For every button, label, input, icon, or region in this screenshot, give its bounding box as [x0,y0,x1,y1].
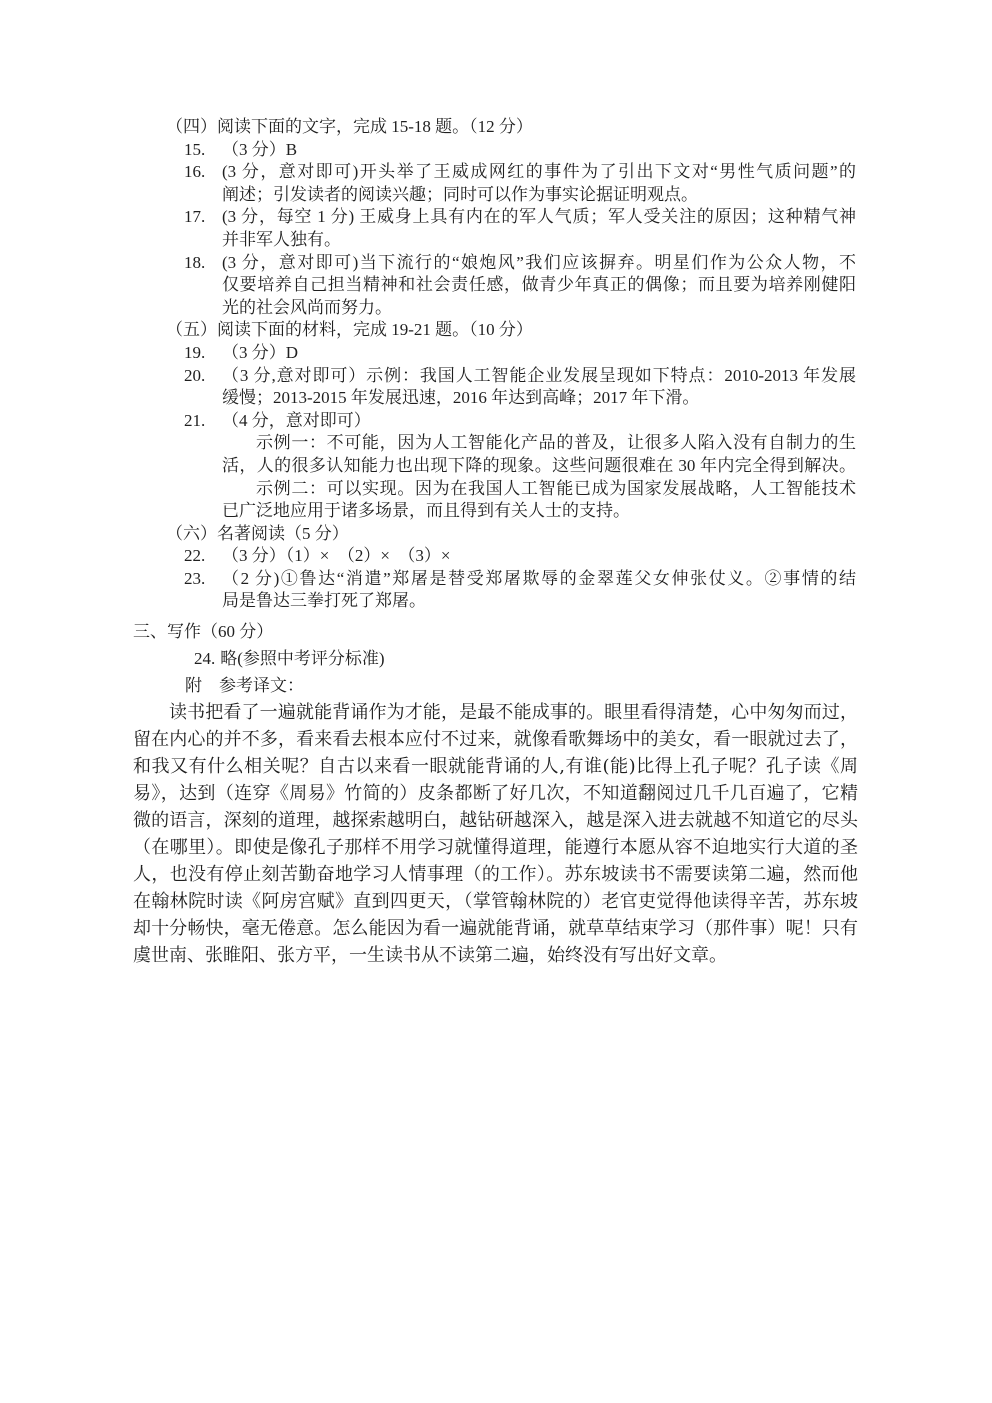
answer-line: （3 分）B [222,139,856,162]
answer-line: (3 分，意对即可)开头举了王威成网红的事件为了引出下文对“男性气质问题”的 [222,161,856,184]
answer-item-15: 15. （3 分）B [184,139,992,162]
translation-line: 却十分畅快，毫无倦意。怎么能因为看一遍就能背诵，就草草结束学习（那件事）呢！只有 [133,915,858,942]
section-6-header: （六）名著阅读（5 分） [166,523,992,546]
answer-line: 阐述；引发读者的阅读兴趣；同时可以作为事实论据证明观点。 [222,184,856,207]
answer-item-16: 16. (3 分，意对即可)开头举了王威成网红的事件为了引出下文对“男性气质问题… [184,161,992,206]
translation-line: 和我又有什么相关呢？自古以来看一眼就能背诵的人,有谁(能)比得上孔子呢？孔子读《… [133,753,858,780]
answer-item-19: 19. （3 分）D [184,342,992,365]
answer-text: （2 分)①鲁达“消遣”郑屠是替受郑屠欺辱的金翠莲父女伸张仗义。②事情的结 局是… [222,568,856,613]
example-line: 已广泛地应用于诸多场景，而且得到有关人士的支持。 [222,500,856,523]
item-number: 23. [184,568,222,613]
answer-text: （3 分）（1）× （2）× （3）× [222,545,856,568]
translation-line: 人，也没有停止刻苦勤奋地学习人情事理（的工作）。苏东坡读书不需要读第二遍，然而他 [133,861,858,888]
answer-line: （3 分）（1）× （2）× （3）× [222,545,856,568]
appendix-label: 附 参考译文： [185,672,992,699]
answer-line: (3 分，每空 1 分) 王威身上具有内在的军人气质；军人受关注的原因；这种精气… [222,206,856,229]
answer-line: （4 分，意对即可） [222,410,856,433]
answer-item-17: 17. (3 分，每空 1 分) 王威身上具有内在的军人气质；军人受关注的原因；… [184,206,992,251]
translation-line: 易》，达到（连穿《周易》竹简的）皮条都断了好几次，不知道翻阅过几千几百遍了，它精 [133,780,858,807]
answer-key-page: （四）阅读下面的文字，完成 15-18 题。（12 分） 15. （3 分）B … [0,0,992,1403]
answer-text: (3 分，每空 1 分) 王威身上具有内在的军人气质；军人受关注的原因；这种精气… [222,206,856,251]
answer-item-23: 23. （2 分)①鲁达“消遣”郑屠是替受郑屠欺辱的金翠莲父女伸张仗义。②事情的… [184,568,992,613]
answer-line: （3 分）D [222,342,856,365]
answer-line: (3 分，意对即可)当下流行的“娘炮风”我们应该摒弃。明星们作为公众人物，不 [222,252,856,275]
answer-line: 仅要培养自己担当精神和社会责任感，做青少年真正的偶像；而且要为培养刚健阳 [222,274,856,297]
example-line: 示例一：不可能，因为人工智能化产品的普及，让很多人陷入没有自制力的生 [222,432,856,455]
writing-section-header: 三、写作（60 分） [133,618,992,645]
answer-text: （3 分）B [222,139,856,162]
item-number: 20. [184,365,222,410]
answer-item-21: 21. （4 分，意对即可） 示例一：不可能，因为人工智能化产品的普及，让很多人… [184,410,992,523]
answer-line: （3 分,意对即可）示例：我国人工智能企业发展呈现如下特点：2010-2013 … [222,365,856,388]
answer-text: （4 分，意对即可） 示例一：不可能，因为人工智能化产品的普及，让很多人陷入没有… [222,410,856,523]
answer-line: （2 分)①鲁达“消遣”郑屠是替受郑屠欺辱的金翠莲父女伸张仗义。②事情的结 [222,568,856,591]
translation-line: （在哪里）。即使是像孔子那样不用学习就懂得道理，能遵行本愿从容不迫地实行大道的圣 [133,834,858,861]
answer-item-20: 20. （3 分,意对即可）示例：我国人工智能企业发展呈现如下特点：2010-2… [184,365,992,410]
translation-line: 读书把看了一遍就能背诵作为才能，是最不能成事的。眼里看得清楚，心中匆匆而过， [133,699,858,726]
answer-item-22: 22. （3 分）（1）× （2）× （3）× [184,545,992,568]
answer-line: 略(参照中考评分标准) [220,645,384,672]
answer-line: 局是鲁达三拳打死了郑屠。 [222,590,856,613]
item-number: 19. [184,342,222,365]
item-number: 18. [184,252,222,320]
section-5-header: （五）阅读下面的材料，完成 19-21 题。（10 分） [166,319,992,342]
item-number: 24. [194,645,215,672]
reference-translation: 读书把看了一遍就能背诵作为才能，是最不能成事的。眼里看得清楚，心中匆匆而过， 留… [133,699,858,969]
writing-section: 三、写作（60 分） 24. 略(参照中考评分标准) 附 参考译文： [0,618,992,699]
answer-text: （3 分,意对即可）示例：我国人工智能企业发展呈现如下特点：2010-2013 … [222,365,856,410]
example-line: 活，人的很多认知能力也出现下降的现象。这些问题很难在 30 年内完全得到解决。 [222,455,856,478]
answer-item-24: 24. 略(参照中考评分标准) [194,645,992,672]
answer-text: (3 分，意对即可)开头举了王威成网红的事件为了引出下文对“男性气质问题”的 阐… [222,161,856,206]
answer-key-section: （四）阅读下面的文字，完成 15-18 题。（12 分） 15. （3 分）B … [0,116,992,613]
translation-line: 微的语言，深刻的道理，越探索越明白，越钻研越深入，越是深入进去就越不知道它的尽头 [133,807,858,834]
section-4-header: （四）阅读下面的文字，完成 15-18 题。（12 分） [166,116,992,139]
answer-text: (3 分，意对即可)当下流行的“娘炮风”我们应该摒弃。明星们作为公众人物，不 仅… [222,252,856,320]
page-content: （四）阅读下面的文字，完成 15-18 题。（12 分） 15. （3 分）B … [0,0,992,969]
example-line: 示例二：可以实现。因为在我国人工智能已成为国家发展战略，人工智能技术 [222,478,856,501]
answer-line: 并非军人独有。 [222,229,856,252]
item-number: 17. [184,206,222,251]
answer-line: 缓慢；2013-2015 年发展迅速，2016 年达到高峰；2017 年下滑。 [222,387,856,410]
item-number: 16. [184,161,222,206]
translation-line: 在翰林院时读《阿房宫赋》直到四更天，（掌管翰林院的）老官吏觉得他读得辛苦，苏东坡 [133,888,858,915]
answer-item-18: 18. (3 分，意对即可)当下流行的“娘炮风”我们应该摒弃。明星们作为公众人物… [184,252,992,320]
item-number: 21. [184,410,222,523]
answer-text: （3 分）D [222,342,856,365]
translation-line: 留在内心的并不多，看来看去根本应付不过来，就像看歌舞场中的美女，看一眼就过去了， [133,726,858,753]
answer-line: 光的社会风尚而努力。 [222,297,856,320]
translation-line: 虞世南、张睢阳、张方平，一生读书从不读第二遍，始终没有写出好文章。 [133,942,858,969]
item-number: 22. [184,545,222,568]
item-number: 15. [184,139,222,162]
